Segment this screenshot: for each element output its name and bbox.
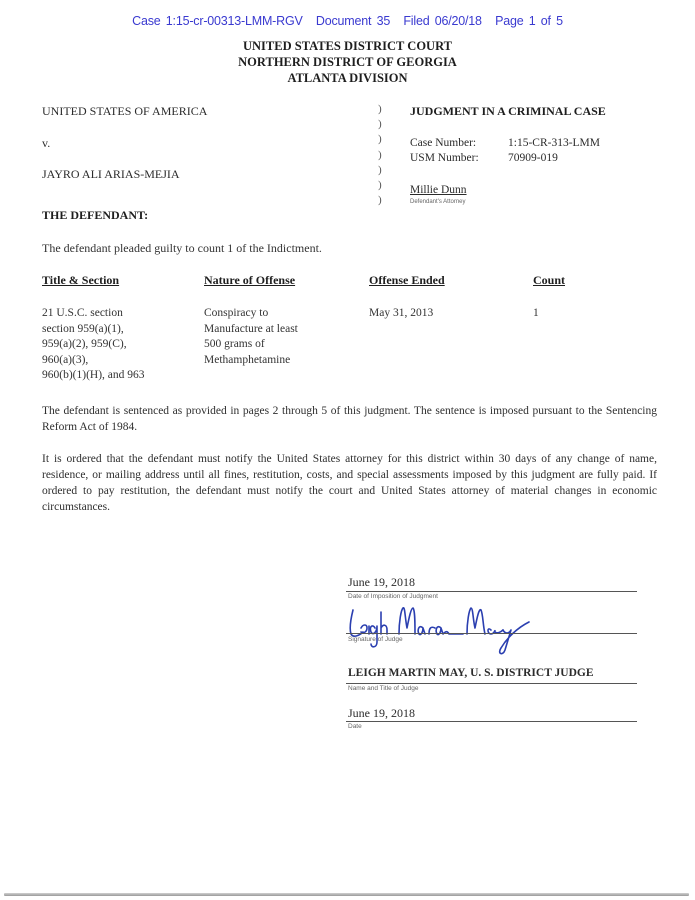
defendant-name: JAYRO ALI ARIAS-MEJIA (42, 167, 180, 182)
defense-attorney-caption: Defendant's Attorney (410, 199, 466, 205)
judge-name-line (346, 683, 637, 684)
usm-number-value: 70909-019 (508, 152, 558, 164)
stamp-case-number: Case 1:15-cr-00313-LMM-RGV (132, 14, 302, 28)
judge-name-title: LEIGH MARTIN MAY, U. S. DISTRICT JUDGE (348, 667, 594, 679)
cell-nature-of-offense: Conspiracy to Manufacture at least 500 g… (204, 306, 298, 368)
court-heading: UNITED STATES DISTRICT COURT NORTHERN DI… (0, 38, 695, 86)
signature-caption: Signature of Judge (348, 636, 403, 643)
paren-mark: ) (378, 148, 382, 163)
cell-line: 21 U.S.C. section (42, 306, 145, 322)
cell-line: Conspiracy to (204, 306, 298, 322)
paren-mark: ) (378, 178, 382, 193)
caption-divider: ) ) ) ) ) ) ) (378, 102, 382, 208)
document-page: Case 1:15-cr-00313-LMM-RGV Document 35 F… (0, 0, 695, 900)
case-number-label: Case Number: (410, 137, 476, 149)
court-name: UNITED STATES DISTRICT COURT (0, 38, 695, 54)
imposition-date-line (346, 591, 637, 592)
defense-attorney-name: Millie Dunn (410, 184, 467, 196)
page-bottom-edge (4, 893, 689, 896)
paren-mark: ) (378, 117, 382, 132)
stamp-document-number: Document 35 (316, 14, 390, 28)
court-district: NORTHERN DISTRICT OF GEORGIA (0, 54, 695, 70)
judge-name-caption: Name and Title of Judge (348, 685, 418, 692)
column-header-offense-ended: Offense Ended (369, 273, 445, 288)
paren-mark: ) (378, 193, 382, 208)
imposition-date: June 19, 2018 (348, 575, 415, 590)
cell-line: 959(a)(2), 959(C), (42, 337, 145, 353)
court-division: ATLANTA DIVISION (0, 70, 695, 86)
stamp-page-count: Page 1 of 5 (495, 14, 563, 28)
plea-statement: The defendant pleaded guilty to count 1 … (42, 241, 322, 256)
paren-mark: ) (378, 132, 382, 147)
cell-offense-ended: May 31, 2013 (369, 306, 433, 322)
cell-count: 1 (533, 306, 539, 322)
sentence-paragraph: The defendant is sentenced as provided i… (42, 403, 657, 435)
notice-paragraph: It is ordered that the defendant must no… (42, 451, 657, 515)
signing-date-line (346, 721, 637, 722)
column-header-count: Count (533, 273, 565, 288)
column-header-title-section: Title & Section (42, 273, 119, 288)
judge-signature-icon (345, 598, 535, 658)
stamp-filed-date: Filed 06/20/18 (403, 14, 481, 28)
cell-line: 960(a)(3), (42, 353, 145, 369)
signature-line (346, 633, 637, 634)
signing-date-caption: Date (348, 723, 362, 730)
cell-title-section: 21 U.S.C. section section 959(a)(1), 959… (42, 306, 145, 384)
paren-mark: ) (378, 163, 382, 178)
defendant-heading: THE DEFENDANT: (42, 208, 148, 223)
filing-stamp: Case 1:15-cr-00313-LMM-RGV Document 35 F… (0, 14, 695, 28)
signing-date: June 19, 2018 (348, 706, 415, 721)
usm-number-label: USM Number: (410, 152, 479, 164)
paren-mark: ) (378, 102, 382, 117)
case-number-value: 1:15-CR-313-LMM (508, 137, 600, 149)
versus-label: v. (42, 136, 50, 151)
column-header-nature-of-offense: Nature of Offense (204, 273, 295, 288)
cell-line: section 959(a)(1), (42, 322, 145, 338)
cell-line: 500 grams of (204, 337, 298, 353)
cell-line: 960(b)(1)(H), and 963 (42, 368, 145, 384)
cell-line: Methamphetamine (204, 353, 298, 369)
plaintiff-name: UNITED STATES OF AMERICA (42, 104, 207, 119)
cell-line: Manufacture at least (204, 322, 298, 338)
judgment-title: JUDGMENT IN A CRIMINAL CASE (410, 104, 606, 119)
